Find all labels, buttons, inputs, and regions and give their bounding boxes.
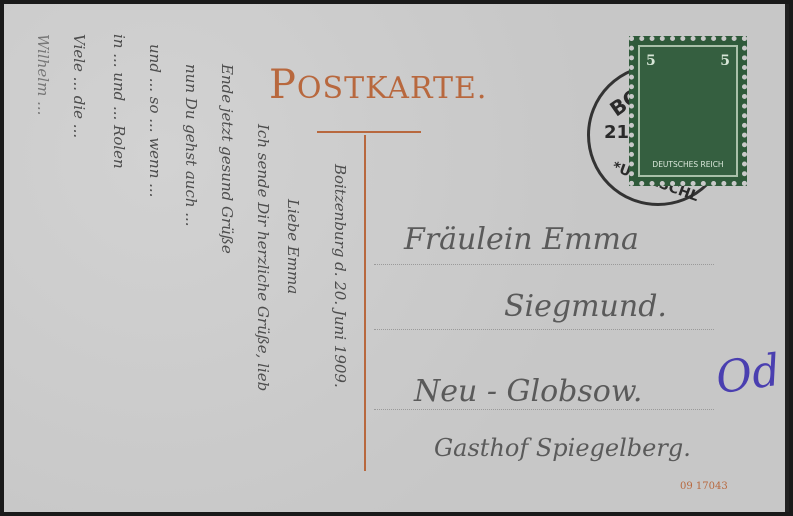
print-number: 09 17043 [680, 481, 728, 492]
message-line: Ich sende Dir herzliche Grüße, lieb [254, 124, 272, 391]
message-line: Liebe Emma [284, 199, 302, 294]
message-line: nun Du gehst auch ... [182, 64, 200, 227]
address-line-1-rule [374, 264, 714, 265]
message-line: und ... so ... wenn ... [146, 44, 164, 197]
stamp-value-left: 5 [646, 53, 656, 69]
message-line: Ende jetzt gesund Grüße [218, 64, 236, 254]
message-line: in ... und ... Rolen [110, 34, 128, 169]
address-venue: Gasthof Spiegelberg. [434, 434, 691, 462]
title-rest: OSTKARTE. [297, 71, 488, 106]
title-initial: P [269, 62, 297, 108]
postage-stamp: 5 5 DEUTSCHES REICH [629, 36, 747, 186]
address-surname: Siegmund. [504, 289, 667, 324]
message-line: Boitzenburg d. 20. Juni 1909. [331, 164, 349, 388]
stamp-value-right: 5 [720, 53, 730, 69]
divider-horizontal [317, 131, 421, 133]
postmark-date: 21 [604, 122, 629, 143]
address-town: Neu - Globsow. [414, 374, 642, 409]
address-line-3-rule [374, 409, 714, 410]
violet-annotation: Od [713, 345, 784, 404]
message-line: Viele ... die ... [70, 34, 88, 138]
divider-vertical [364, 135, 366, 471]
postcard: POSTKARTE. BOS 21 *UBERSCHL 5 5 DEUTSCHE… [4, 4, 789, 512]
message-line: Wilhelm ... [34, 34, 52, 115]
address-line-2-rule [374, 329, 714, 330]
postkarte-title: POSTKARTE. [269, 62, 487, 108]
address-recipient: Fräulein Emma [404, 222, 639, 257]
stamp-legend: DEUTSCHES REICH [640, 160, 736, 169]
stamp-face: 5 5 DEUTSCHES REICH [638, 45, 738, 177]
